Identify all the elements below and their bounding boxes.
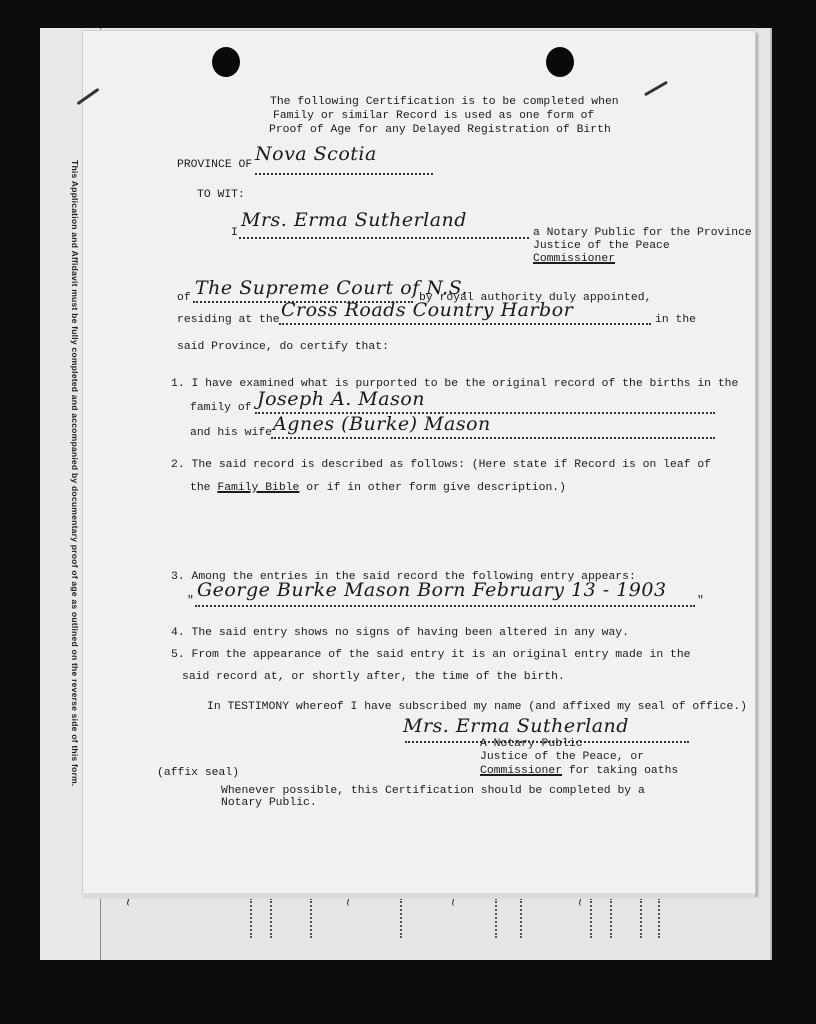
item-2-line-2: the Family Bible or if in other form giv…: [190, 482, 566, 494]
certification-page: The following Certification is to be com…: [82, 30, 756, 894]
residing-suffix: in the: [655, 314, 696, 326]
punch-hole-left: [212, 47, 240, 77]
declarant-name[interactable]: Mrs. Erma Sutherland: [241, 209, 467, 231]
signature[interactable]: Mrs. Erma Sutherland: [403, 715, 629, 737]
signature-title-3-rest: for taking oaths: [569, 765, 678, 777]
field-divider: [400, 898, 402, 938]
item-2-prefix: the: [190, 482, 211, 494]
entry-open-quote: ": [187, 595, 194, 607]
signature-title-2: Justice of the Peace, or: [480, 751, 644, 763]
province-dotted-line: [255, 173, 433, 175]
residing-label: residing at the: [177, 314, 280, 326]
field-divider: [250, 898, 252, 938]
item-5-text: 5. From the appearance of the said entry…: [171, 649, 691, 661]
declarant-role-3: Commissioner: [533, 253, 615, 265]
commissioner-label: Commissioner: [480, 765, 562, 777]
declarant-role-1: a Notary Public for the Province: [533, 227, 752, 239]
affix-seal-label: (affix seal): [157, 767, 239, 779]
province-value[interactable]: Nova Scotia: [255, 143, 377, 165]
field-divider: [610, 898, 612, 938]
field-divider: [310, 898, 312, 938]
field-divider: [658, 898, 660, 938]
handwritten-fragment: ~: [572, 896, 587, 946]
field-divider: [640, 898, 642, 938]
wife-dotted-line: [271, 437, 715, 439]
footer-note-2: Notary Public.: [221, 797, 317, 809]
declarant-prefix: I: [231, 227, 238, 239]
of-label: of: [177, 292, 191, 304]
field-divider: [520, 898, 522, 938]
entry-close-quote: ": [697, 595, 704, 607]
residing-dotted-line: [279, 323, 651, 325]
punch-hole-right: [546, 47, 574, 77]
wife-label: and his wife: [190, 427, 272, 439]
testimony-text: In TESTIMONY whereof I have subscribed m…: [207, 701, 747, 713]
family-bible-label: Family Bible: [217, 482, 299, 494]
mother-name-value[interactable]: Agnes (Burke) Mason: [273, 413, 491, 435]
handwritten-fragment: ~: [340, 896, 355, 936]
header-line-1: The following Certification is to be com…: [270, 95, 619, 109]
declarant-dotted-line: [239, 237, 529, 239]
entry-dotted-line: [195, 605, 695, 607]
birth-entry-value[interactable]: George Burke Mason Born February 13 - 19…: [197, 579, 667, 601]
to-wit-label: TO WIT:: [197, 189, 245, 201]
father-name-value[interactable]: Joseph A. Mason: [257, 388, 425, 410]
signature-title-1: A Notary Public: [480, 738, 583, 750]
signature-title-3: Commissioner for taking oaths: [480, 765, 678, 777]
header-line-2: Family or similar Record is used as one …: [273, 109, 594, 123]
certify-statement: said Province, do certify that:: [177, 341, 389, 353]
family-of-label: family of: [190, 402, 252, 414]
side-instruction-note: This Application and Affidavit must be f…: [64, 160, 80, 860]
field-divider: [495, 898, 497, 938]
handwritten-fragment: ~: [120, 896, 135, 946]
item-2-text: 2. The said record is described as follo…: [171, 459, 711, 471]
province-label: PROVINCE OF: [177, 159, 252, 171]
item-4-text: 4. The said entry shows no signs of havi…: [171, 627, 629, 639]
staple-mark: [644, 81, 668, 97]
residence-value[interactable]: Cross Roads Country Harbor: [281, 299, 573, 321]
handwritten-fragment: ~: [445, 896, 460, 936]
field-divider: [590, 898, 592, 938]
item-2-suffix: or if in other form give description.): [306, 482, 566, 494]
field-divider: [270, 898, 272, 938]
declarant-role-2: Justice of the Peace: [533, 240, 670, 252]
footer-note-1: Whenever possible, this Certification sh…: [221, 785, 645, 797]
item-5-line-2: said record at, or shortly after, the ti…: [182, 671, 565, 683]
header-line-3: Proof of Age for any Delayed Registratio…: [269, 123, 611, 137]
